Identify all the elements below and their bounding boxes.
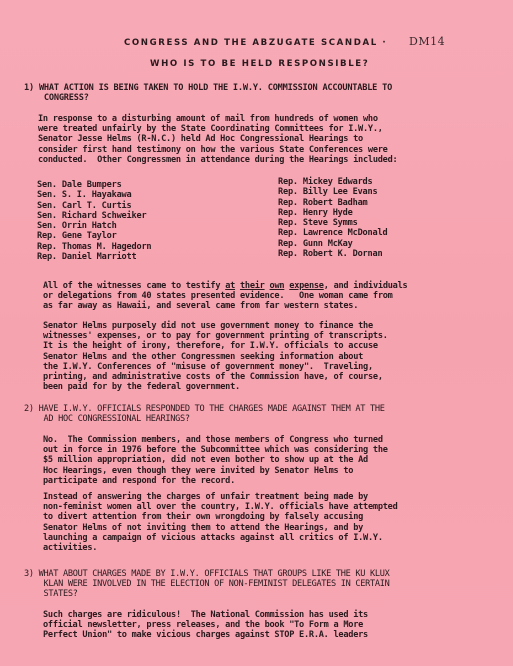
heading-line: STATES? [44,589,78,599]
question-2-paragraph-2: Instead of answering the charges of unfa… [43,492,398,553]
witness-paragraph: All of the witnesses came to testify at … [43,281,407,312]
attendee: Rep. Gunn McKay [278,239,387,249]
question-number: 2) [24,404,34,414]
attendee: Rep. Robert Badham [278,198,387,208]
underlined-word: at [225,281,235,291]
question-1-paragraph: In response to a disturbing amount of ma… [38,114,397,165]
question-1-heading: 1) WHAT ACTION IS BEING TAKEN TO HOLD TH… [24,83,392,103]
question-2-paragraph-1: No. The Commission members, and those me… [43,435,388,486]
text-line: Senator Jesse Helms (R-N.C.) held Ad Hoc… [38,134,397,144]
text-line: consider first hand testimony on how the… [38,145,397,155]
text-line: non-feminist women all over the country,… [43,502,398,512]
question-number: 3) [24,569,34,579]
text-line: Senator Helms and the other Congressmen … [43,352,388,362]
handwritten-note: DM14 [409,35,445,48]
attendee: Rep. Daniel Marriott [37,252,151,262]
attendee: Sen. S. I. Hayakawa [37,190,151,200]
text-line: printing, and administrative costs of th… [43,372,388,382]
heading-line: KLAN WERE INVOLVED IN THE ELECTION OF NO… [44,579,390,589]
text-line: No. The Commission members, and those me… [43,435,388,445]
attendee: Rep. Gene Taylor [37,231,151,241]
underlined-word: their [240,281,265,291]
heading-line: HAVE I.W.Y. OFFICIALS RESPONDED TO THE C… [39,404,385,414]
attendee: Rep. Mickey Edwards [278,177,387,187]
text-line: the I.W.Y. Conferences of "misuse of gov… [43,362,388,372]
attendee: Rep. Henry Hyde [278,208,387,218]
text-line: to divert attention from their own wrong… [43,512,398,522]
text-line: It is the height of irony, therefore, fo… [43,341,388,351]
text-line: In response to a disturbing amount of ma… [38,114,397,124]
text-line: activities. [43,543,398,553]
attendee: Sen. Richard Schweiker [37,211,151,221]
text-line: been paid for by the federal government. [43,382,388,392]
heading-line: WHAT ACTION IS BEING TAKEN TO HOLD THE I… [39,83,392,93]
text-line: All of the witnesses came to testify at … [43,281,407,291]
question-3-heading: 3) WHAT ABOUT CHARGES MADE BY I.W.Y. OFF… [24,569,390,599]
text-line: witnesses' expenses, or to pay for gover… [43,331,388,341]
heading-line: WHAT ABOUT CHARGES MADE BY I.W.Y. OFFICI… [39,569,390,579]
attendee: Rep. Thomas M. Hagedorn [37,242,151,252]
text-line: launching a campaign of vicious attacks … [43,533,398,543]
text-line: Hoc Hearings, even though they were invi… [43,466,388,476]
attendee: Rep. Steve Symms [278,218,387,228]
attendee: Rep. Billy Lee Evans [278,187,387,197]
text-span: , and individuals [324,281,408,291]
document-page: CONGRESS AND THE ABZUGATE SCANDAL · WHO … [0,0,513,666]
text-line: were treated unfairly by the State Coord… [38,124,397,134]
text-line: Senator Helms purposely did not use gove… [43,321,388,331]
text-line: Perfect Union" to make vicious charges a… [43,630,368,640]
heading-line: CONGRESS? [44,93,89,103]
document-subtitle: WHO IS TO BE HELD RESPONSIBLE? [150,59,369,69]
attendees-right-column: Rep. Mickey Edwards Rep. Billy Lee Evans… [278,177,387,259]
attendee: Sen. Carl T. Curtis [37,201,151,211]
attendee: Rep. Lawrence McDonald [278,228,387,238]
underlined-word: expense [289,281,323,291]
text-line: Instead of answering the charges of unfa… [43,492,398,502]
attendee: Sen. Orrin Hatch [37,221,151,231]
text-span: All of the witnesses came to testify [43,281,225,291]
helms-paragraph: Senator Helms purposely did not use gove… [43,321,388,392]
text-line: Senator Helms of not inviting them to at… [43,523,398,533]
text-line: as far away as Hawaii, and several came … [43,301,407,311]
attendee: Rep. Robert K. Dornan [278,249,387,259]
question-3-paragraph: Such charges are ridiculous! The Nationa… [43,610,368,641]
document-title: CONGRESS AND THE ABZUGATE SCANDAL · [124,38,387,48]
question-2-heading: 2) HAVE I.W.Y. OFFICIALS RESPONDED TO TH… [24,404,385,424]
question-number: 1) [24,83,34,93]
attendee: Sen. Dale Bumpers [37,180,151,190]
text-line: out in force in 1976 before the Subcommi… [43,445,388,455]
text-line: official newsletter, press releases, and… [43,620,368,630]
text-line: $5 million appropriation, did not even b… [43,455,388,465]
text-line: conducted. Other Congressmen in attendan… [38,155,397,165]
underlined-word: own [270,281,285,291]
attendees-left-column: Sen. Dale Bumpers Sen. S. I. Hayakawa Se… [37,180,151,262]
text-line: Such charges are ridiculous! The Nationa… [43,610,368,620]
heading-line: AD HOC CONGRESSIONAL HEARINGS? [44,414,190,424]
text-line: or delegations from 40 states presented … [43,291,407,301]
text-line: participate and respond for the record. [43,476,388,486]
